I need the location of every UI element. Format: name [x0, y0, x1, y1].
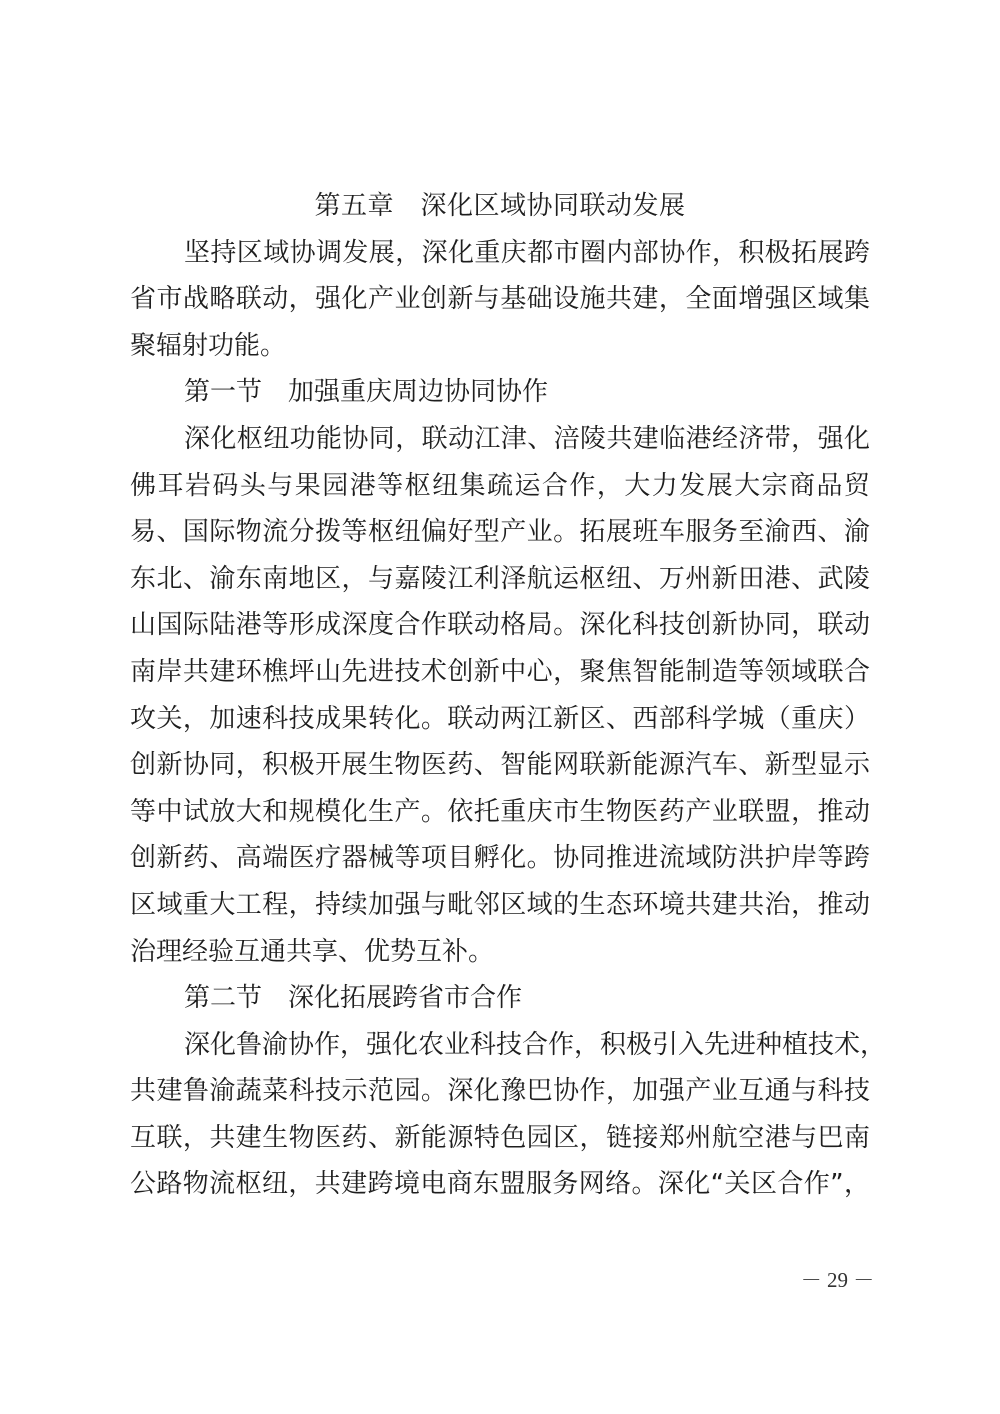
- paragraph-line: 佛耳岩码头与果园港等枢纽集疏运合作，大力发展大宗商品贸: [130, 463, 870, 510]
- document-page: 第五章 深化区域协同联动发展 坚持区域协调发展，深化重庆都市圈内部协作，积极拓展…: [0, 0, 1000, 1414]
- paragraph-line: 创新协同，积极开展生物医药、智能网联新能源汽车、新型显示: [130, 742, 870, 789]
- paragraph-line: 易、国际物流分拨等枢纽偏好型产业。拓展班车服务至渝西、渝: [130, 509, 870, 556]
- section-heading-2: 第二节 深化拓展跨省市合作: [130, 975, 870, 1022]
- section-1-paragraph: 深化枢纽功能协同，联动江津、涪陵共建临港经济带，强化 佛耳岩码头与果园港等枢纽集…: [130, 416, 870, 975]
- chapter-title: 第五章 深化区域协同联动发展: [130, 183, 870, 230]
- paragraph-line: 共建鲁渝蔬菜科技示范园。深化豫巴协作，加强产业互通与科技: [130, 1068, 870, 1115]
- paragraph-line: 互联，共建生物医药、新能源特色园区，链接郑州航空港与巴南: [130, 1115, 870, 1162]
- paragraph-line: 坚持区域协调发展，深化重庆都市圈内部协作，积极拓展跨: [130, 230, 870, 277]
- page-number: － 29 －: [790, 1264, 885, 1294]
- paragraph-line: 聚辐射功能。: [130, 323, 870, 370]
- paragraph-line: 公路物流枢纽，共建跨境电商东盟服务网络。深化“关区合作”，: [130, 1161, 870, 1208]
- paragraph-line: 治理经验互通共享、优势互补。: [130, 929, 870, 976]
- paragraph-line: 省市战略联动，强化产业创新与基础设施共建，全面增强区域集: [130, 276, 870, 323]
- paragraph-line: 山国际陆港等形成深度合作联动格局。深化科技创新协同，联动: [130, 602, 870, 649]
- paragraph-line: 创新药、高端医疗器械等项目孵化。协同推进流域防洪护岸等跨: [130, 835, 870, 882]
- paragraph-line: 攻关，加速科技成果转化。联动两江新区、西部科学城（重庆）: [130, 696, 870, 743]
- paragraph-line: 区域重大工程，持续加强与毗邻区域的生态环境共建共治，推动: [130, 882, 870, 929]
- page-body: 第五章 深化区域协同联动发展 坚持区域协调发展，深化重庆都市圈内部协作，积极拓展…: [130, 183, 870, 1208]
- paragraph-line: 等中试放大和规模化生产。依托重庆市生物医药产业联盟，推动: [130, 789, 870, 836]
- paragraph-line: 深化鲁渝协作，强化农业科技合作，积极引入先进种植技术，: [130, 1022, 870, 1069]
- intro-paragraph: 坚持区域协调发展，深化重庆都市圈内部协作，积极拓展跨 省市战略联动，强化产业创新…: [130, 230, 870, 370]
- paragraph-line: 深化枢纽功能协同，联动江津、涪陵共建临港经济带，强化: [130, 416, 870, 463]
- section-heading-1: 第一节 加强重庆周边协同协作: [130, 369, 870, 416]
- section-2-paragraph: 深化鲁渝协作，强化农业科技合作，积极引入先进种植技术， 共建鲁渝蔬菜科技示范园。…: [130, 1022, 870, 1208]
- paragraph-line: 南岸共建环樵坪山先进技术创新中心，聚焦智能制造等领域联合: [130, 649, 870, 696]
- paragraph-line: 东北、渝东南地区，与嘉陵江利泽航运枢纽、万州新田港、武陵: [130, 556, 870, 603]
